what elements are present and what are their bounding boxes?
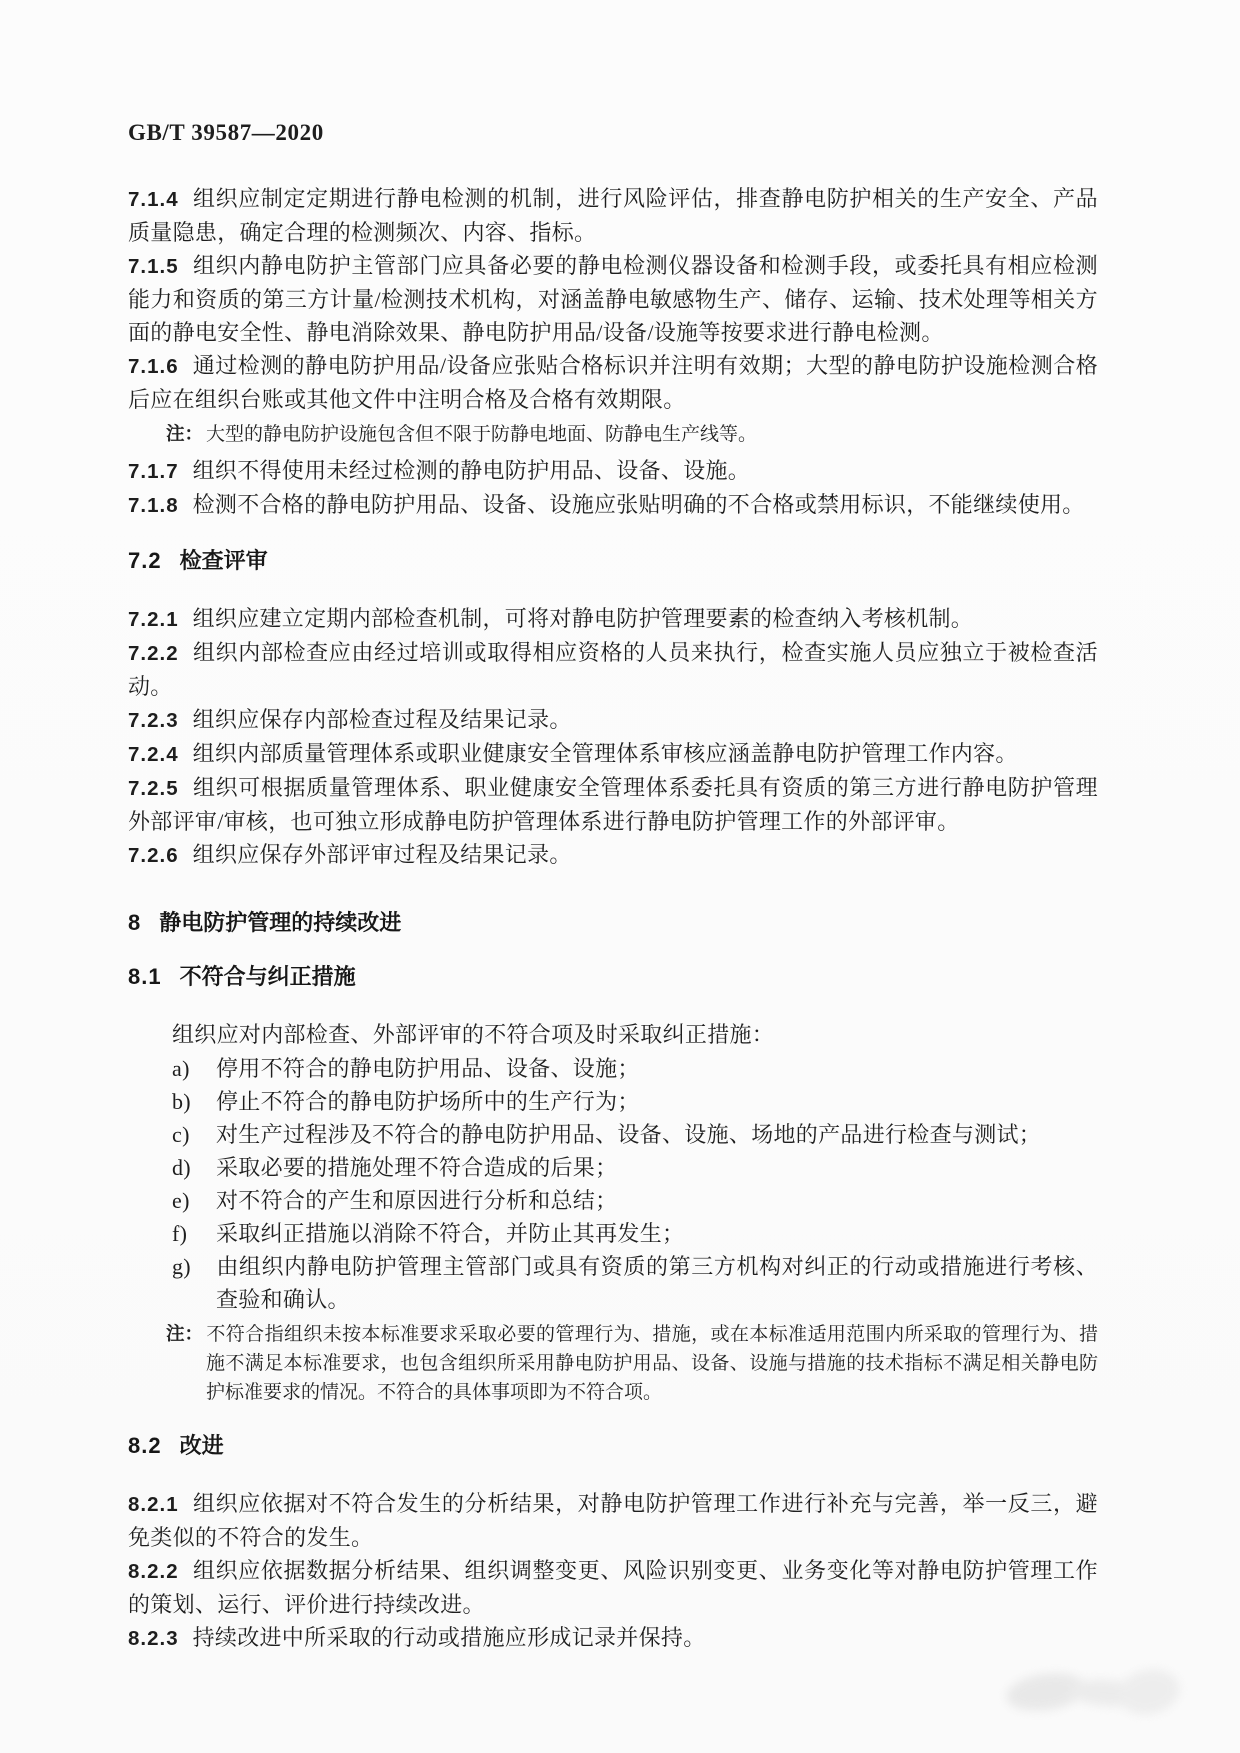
- body-text: 组织应制定定期进行静电检测的机制，进行风险评估，排查静电防护相关的生产安全、产品…: [128, 186, 1098, 245]
- body-text: 组织应依据数据分析结果、组织调整变更、风险识别变更、业务变化等对静电防护管理工作…: [128, 1558, 1098, 1617]
- clause-number: 8.2.2: [128, 1560, 179, 1583]
- clause-7.2.1: 7.2.1组织应建立定期内部检查机制，可将对静电防护管理要素的检查纳入考核机制。: [128, 602, 1098, 636]
- clause-7.1.7: 7.1.7组织不得使用未经过检测的静电防护用品、设备、设施。: [128, 454, 1098, 488]
- list-item-label: f): [172, 1217, 216, 1250]
- list-item-a: a)停用不符合的静电防护用品、设备、设施；: [172, 1052, 1098, 1085]
- standard-number-header: GB/T 39587—2020: [128, 118, 1098, 148]
- watermark-blob: [1114, 1664, 1184, 1720]
- clause-number: 7.1.6: [128, 355, 179, 378]
- body-text: 持续改进中所采取的行动或措施应形成记录并保持。: [193, 1625, 706, 1650]
- list-item-c: c)对生产过程涉及不符合的静电防护用品、设备、设施、场地的产品进行检查与测试；: [172, 1118, 1098, 1151]
- note-: 注：大型的静电防护设施包含但不限于防静电地面、防静电生产线等。: [166, 419, 1098, 449]
- heading-text: 不符合与纠正措施: [180, 964, 356, 989]
- watermark-blob: [1004, 1669, 1088, 1716]
- body-text: 组织内部检查应由经过培训或取得相应资格的人员来执行，检查实施人员应独立于被检查活…: [128, 640, 1098, 699]
- clause-number: 7.1.5: [128, 255, 179, 278]
- intro-paragraph-15: 组织应对内部检查、外部评审的不符合项及时采取纠正措施：: [172, 1018, 1098, 1052]
- body-text: 组织内部质量管理体系或职业健康安全管理体系审核应涵盖静电防护管理工作内容。: [193, 741, 1018, 766]
- heading-text: 改进: [180, 1433, 224, 1458]
- clause-number: 7.1.7: [128, 460, 179, 483]
- clause-7.2.3: 7.2.3组织应保存内部检查过程及结果记录。: [128, 703, 1098, 737]
- body-text: 通过检测的静电防护用品/设备应张贴合格标识并注明有效期；大型的静电防护设施检测合…: [128, 353, 1098, 412]
- clause-number: 7.2.4: [128, 743, 179, 766]
- section-heading-8.2: 8.2改进: [128, 1431, 1098, 1461]
- clause-7.1.4: 7.1.4组织应制定定期进行静电检测的机制，进行风险评估，排查静电防护相关的生产…: [128, 182, 1098, 249]
- clause-7.1.8: 7.1.8检测不合格的静电防护用品、设备、设施应张贴明确的不合格或禁用标识，不能…: [128, 488, 1098, 522]
- list-item-g: g)由组织内静电防护管理主管部门或具有资质的第三方机构对纠正的行动或措施进行考核…: [172, 1250, 1098, 1316]
- clause-8.2.2: 8.2.2组织应依据数据分析结果、组织调整变更、风险识别变更、业务变化等对静电防…: [128, 1554, 1098, 1621]
- clause-number: 7.1.8: [128, 494, 179, 517]
- list-item-label: c): [172, 1118, 216, 1151]
- clause-number: 7.1.4: [128, 188, 179, 211]
- heading-number: 8.2: [128, 1433, 162, 1458]
- heading-number: 7.2: [128, 548, 162, 573]
- list-item-f: f)采取纠正措施以消除不符合，并防止其再发生；: [172, 1217, 1098, 1250]
- body-text: 组织不得使用未经过检测的静电防护用品、设备、设施。: [193, 458, 751, 483]
- body-text: 停止不符合的静电防护场所中的生产行为；: [216, 1089, 640, 1114]
- list-item-b: b)停止不符合的静电防护场所中的生产行为；: [172, 1085, 1098, 1118]
- clause-7.2.5: 7.2.5组织可根据质量管理体系、职业健康安全管理体系委托具有资质的第三方进行静…: [128, 771, 1098, 838]
- heading-text: 检查评审: [180, 548, 268, 573]
- document-page: GB/T 39587—2020 7.1.4组织应制定定期进行静电检测的机制，进行…: [0, 0, 1240, 1753]
- heading-number: 8: [128, 910, 141, 935]
- list-item-label: g): [172, 1250, 216, 1283]
- note-label: 注：: [166, 419, 206, 448]
- clause-number: 7.2.6: [128, 844, 179, 867]
- clause-8.2.3: 8.2.3持续改进中所采取的行动或措施应形成记录并保持。: [128, 1621, 1098, 1655]
- clause-number: 8.2.3: [128, 1627, 179, 1650]
- clause-7.2.6: 7.2.6组织应保存外部评审过程及结果记录。: [128, 838, 1098, 872]
- heading-text: 静电防护管理的持续改进: [159, 910, 401, 935]
- body-text: 停用不符合的静电防护用品、设备、设施；: [216, 1056, 640, 1081]
- clause-8.2.1: 8.2.1组织应依据对不符合发生的分析结果，对静电防护管理工作进行补充与完善，举…: [128, 1487, 1098, 1554]
- body-text: 组织可根据质量管理体系、职业健康安全管理体系委托具有资质的第三方进行静电防护管理…: [128, 775, 1098, 834]
- clause-7.1.6: 7.1.6通过检测的静电防护用品/设备应张贴合格标识并注明有效期；大型的静电防护…: [128, 349, 1098, 416]
- clause-number: 7.2.1: [128, 608, 179, 631]
- document-body: 7.1.4组织应制定定期进行静电检测的机制，进行风险评估，排查静电防护相关的生产…: [128, 182, 1098, 1655]
- body-text: 检测不合格的静电防护用品、设备、设施应张贴明确的不合格或禁用标识，不能继续使用。: [193, 492, 1085, 517]
- list-item-label: d): [172, 1151, 216, 1184]
- body-text: 对不符合的产生和原因进行分析和总结；: [216, 1188, 617, 1213]
- list-item-label: e): [172, 1184, 216, 1217]
- body-text: 组织应保存外部评审过程及结果记录。: [193, 842, 572, 867]
- clause-number: 8.2.1: [128, 1493, 179, 1516]
- body-text: 组织应对内部检查、外部评审的不符合项及时采取纠正措施：: [172, 1022, 774, 1047]
- list-item-e: e)对不符合的产生和原因进行分析和总结；: [172, 1184, 1098, 1217]
- body-text: 对生产过程涉及不符合的静电防护用品、设备、设施、场地的产品进行检查与测试；: [216, 1122, 1041, 1147]
- section-heading-7.2: 7.2检查评审: [128, 546, 1098, 576]
- clause-number: 7.2.2: [128, 642, 179, 665]
- page-content: GB/T 39587—2020 7.1.4组织应制定定期进行静电检测的机制，进行…: [0, 0, 1240, 1655]
- section-heading-8: 8静电防护管理的持续改进: [128, 908, 1098, 938]
- clause-7.2.4: 7.2.4组织内部质量管理体系或职业健康安全管理体系审核应涵盖静电防护管理工作内…: [128, 737, 1098, 771]
- watermark-blob: [1067, 1677, 1147, 1708]
- body-text: 由组织内静电防护管理主管部门或具有资质的第三方机构对纠正的行动或措施进行考核、查…: [216, 1254, 1098, 1312]
- body-text: 不符合指组织未按本标准要求采取必要的管理行为、措施，或在本标准适用范围内所采取的…: [206, 1324, 1098, 1403]
- clause-number: 7.2.3: [128, 709, 179, 732]
- body-text: 大型的静电防护设施包含但不限于防静电地面、防静电生产线等。: [206, 424, 757, 445]
- clause-7.2.2: 7.2.2组织内部检查应由经过培训或取得相应资格的人员来执行，检查实施人员应独立…: [128, 636, 1098, 703]
- watermark-smudge: [998, 1652, 1193, 1734]
- heading-number: 8.1: [128, 964, 162, 989]
- body-text: 组织应保存内部检查过程及结果记录。: [193, 707, 572, 732]
- body-text: 采取纠正措施以消除不符合，并防止其再发生；: [216, 1221, 684, 1246]
- list-item-label: a): [172, 1052, 216, 1085]
- body-text: 组织应建立定期内部检查机制，可将对静电防护管理要素的检查纳入考核机制。: [193, 606, 974, 631]
- clause-7.1.5: 7.1.5组织内静电防护主管部门应具备必要的静电检测仪器设备和检测手段，或委托具…: [128, 249, 1098, 349]
- list-item-label: b): [172, 1085, 216, 1118]
- section-heading-8.1: 8.1不符合与纠正措施: [128, 962, 1098, 992]
- clause-number: 7.2.5: [128, 777, 179, 800]
- body-text: 组织应依据对不符合发生的分析结果，对静电防护管理工作进行补充与完善，举一反三，避…: [128, 1491, 1098, 1550]
- note-label: 注：: [166, 1319, 206, 1348]
- body-text: 组织内静电防护主管部门应具备必要的静电检测仪器设备和检测手段，或委托具有相应检测…: [128, 253, 1098, 345]
- list-item-d: d)采取必要的措施处理不符合造成的后果；: [172, 1151, 1098, 1184]
- body-text: 采取必要的措施处理不符合造成的后果；: [216, 1155, 617, 1180]
- note-: 注：不符合指组织未按本标准要求采取必要的管理行为、措施，或在本标准适用范围内所采…: [166, 1319, 1098, 1407]
